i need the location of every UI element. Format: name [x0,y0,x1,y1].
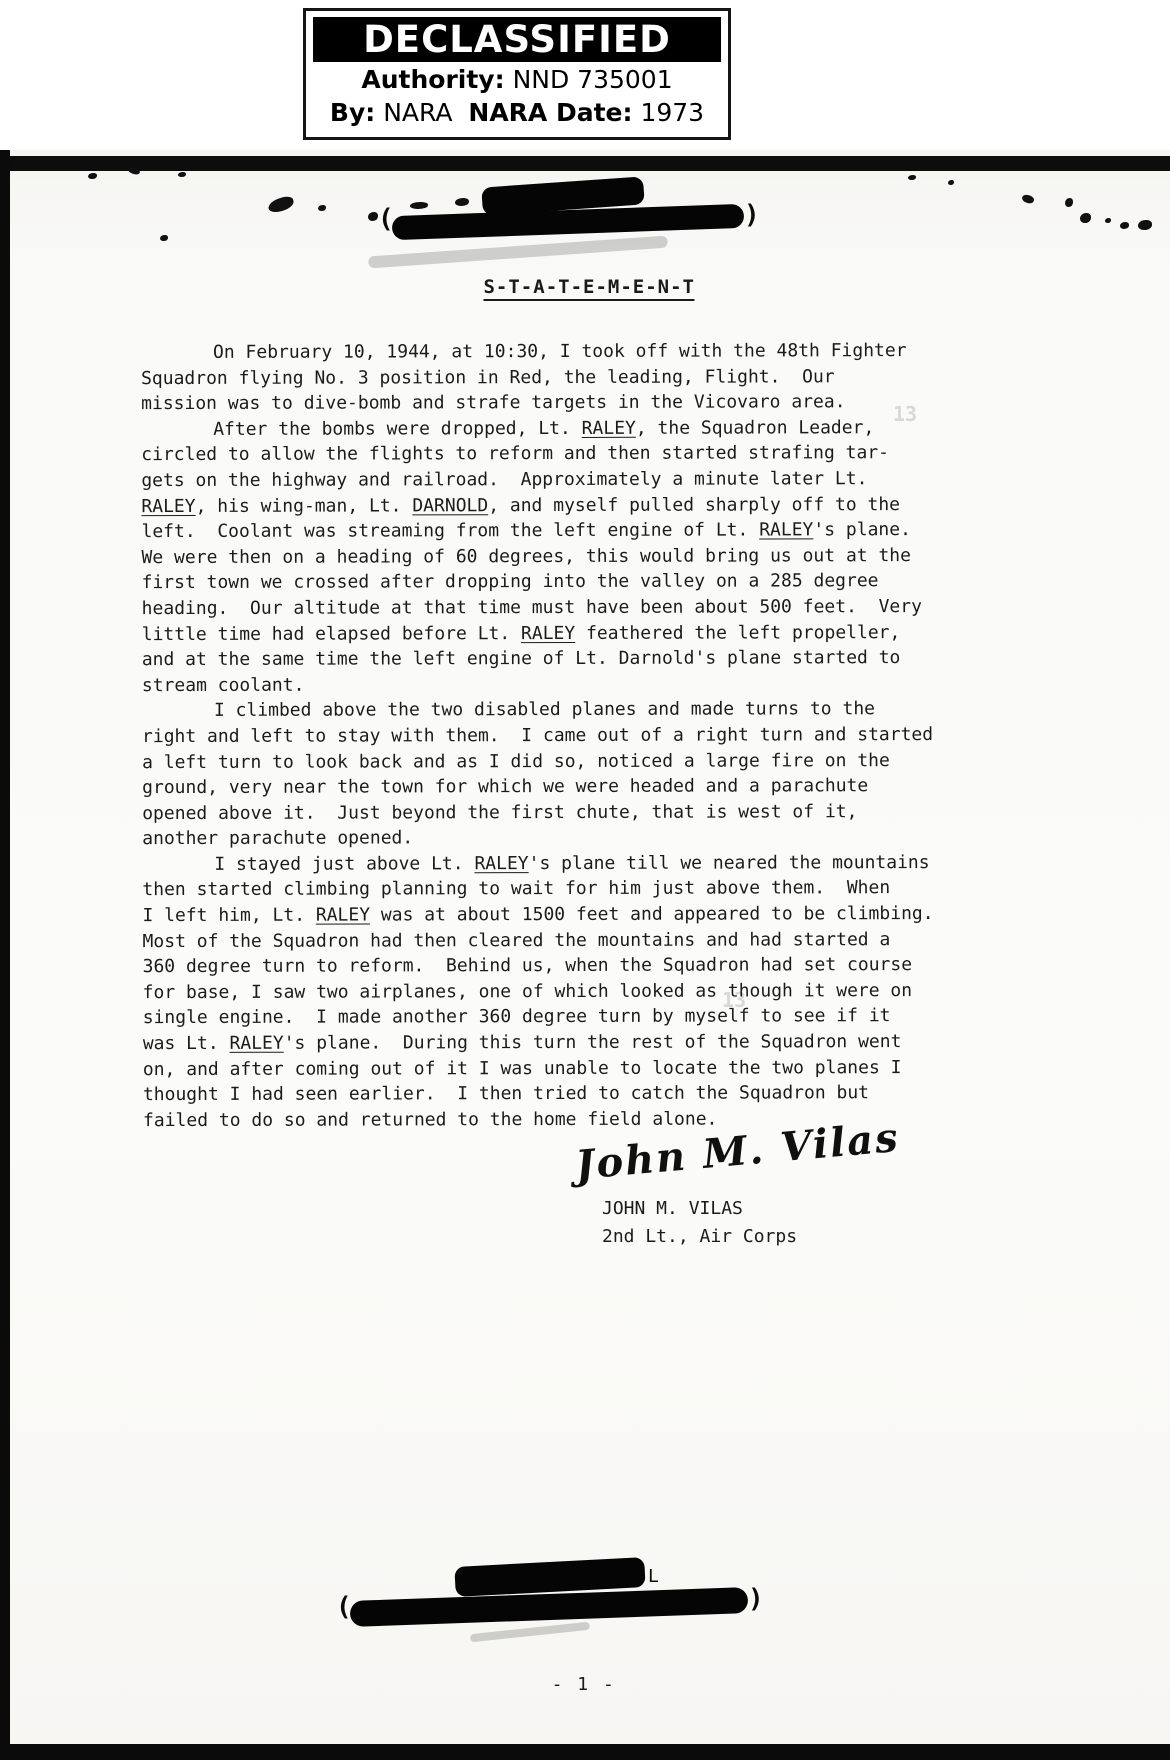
ink-speckle [410,202,428,209]
statement-line: heading. Our altitude at that time must … [142,594,982,622]
ink-speckle [908,175,916,180]
signer-typed-title: 2nd Lt., Air Corps [602,1226,797,1247]
statement-line: ground, very near the town for which we … [142,773,982,801]
statement-line: After the bombs were dropped, Lt. RALEY,… [141,415,981,443]
by-line: By: NARA NARA Date: 1973 [313,97,721,128]
statement-line: I stayed just above Lt. RALEY's plane ti… [142,850,982,878]
ink-speckle [267,195,295,214]
statement-line: We were then on a heading of 60 degrees,… [141,543,981,571]
ink-speckle [455,198,469,206]
ink-speckle [1120,222,1129,229]
statement-title: S-T-A-T-E-M-E-N-T [483,276,694,301]
ink-speckle [1021,193,1035,205]
statement-line: I left him, Lt. RALEY was at about 1500 … [142,901,982,929]
statement-line: another parachute opened. [142,824,982,852]
statement-line: and at the same time the left engine of … [142,645,982,673]
statement-line: then started climbing planning to wait f… [142,875,982,903]
declassified-stamp: DECLASSIFIED Authority: NND 735001 By: N… [303,8,731,140]
statement-line: little time had elapsed before Lt. RALEY… [142,619,982,647]
statement-line: stream coolant. [142,671,982,699]
statement-line: single engine. I made another 360 degree… [143,1003,983,1031]
authority-label: Authority: [361,65,504,94]
statement-line: thought I had seen earlier. I then tried… [143,1080,983,1108]
ink-speckle [1105,218,1111,223]
pencil-smudge [368,236,668,269]
by-label: By: [330,98,375,127]
ink-speckle [1065,198,1073,207]
redaction-close-paren: ) [748,1584,764,1614]
scan-bottom-edge [0,1744,1170,1760]
statement-line: left. Coolant was streaming from the lef… [141,517,981,545]
ink-speckle [178,172,186,177]
ink-speckle [88,173,97,179]
ink-speckle [1138,220,1152,230]
redaction-blob [350,1587,749,1627]
statement-line: Squadron flying No. 3 position in Red, t… [141,363,981,391]
statement-line: for base, I saw two airplanes, one of wh… [143,978,983,1006]
declassified-banner: DECLASSIFIED [313,17,721,62]
statement-line: Most of the Squadron had then cleared th… [143,927,983,955]
signer-typed-name: JOHN M. VILAS [602,1198,743,1219]
statement-line: On February 10, 1944, at 10:30, I took o… [141,338,981,366]
authority-line: Authority: NND 735001 [313,64,721,95]
ink-speckle [1080,213,1091,223]
date-value: 1973 [640,98,704,127]
pencil-smudge [470,1622,590,1642]
statement-line: circled to allow the flights to reform a… [141,440,981,468]
by-value: NARA [383,98,452,127]
statement-line: opened above it. Just beyond the first c… [142,799,982,827]
ink-speckle [948,180,954,185]
statement-line: mission was to dive-bomb and strafe targ… [141,389,981,417]
statement-line: 360 degree turn to reform. Behind us, wh… [143,952,983,980]
statement-line: first town we crossed after dropping int… [142,568,982,596]
statement-line: I climbed above the two disabled planes … [142,696,982,724]
statement-line: a left turn to look back and as I did so… [142,747,982,775]
page-number: - 1 - [552,1674,616,1695]
ink-speckle [368,212,378,221]
redaction-remnant: L [648,1566,659,1587]
ink-speckle [160,235,168,241]
scan-left-edge [0,150,10,1760]
statement-line: right and left to stay with them. I came… [142,722,982,750]
date-label: NARA Date: [468,98,632,127]
redaction-open-paren: ( [336,1592,352,1622]
statement-line: on, and after coming out of it I was una… [143,1055,983,1083]
statement-line: was Lt. RALEY's plane. During this turn … [143,1029,983,1057]
ink-speckle [318,205,326,211]
scan-top-edge [8,156,1170,171]
scanned-document: DECLASSIFIED Authority: NND 735001 By: N… [0,0,1170,1760]
redaction-blob [392,204,745,240]
authority-value: NND 735001 [513,65,673,94]
statement-body: On February 10, 1944, at 10:30, I took o… [141,338,983,1134]
redaction-close-paren: ) [744,200,760,230]
statement-line: RALEY, his wing-man, Lt. DARNOLD, and my… [141,491,981,519]
statement-line: gets on the highway and railroad. Approx… [141,466,981,494]
document-page: ( ) 13 13 S-T-A-T-E-M-E-N-T On February … [0,150,1170,1760]
